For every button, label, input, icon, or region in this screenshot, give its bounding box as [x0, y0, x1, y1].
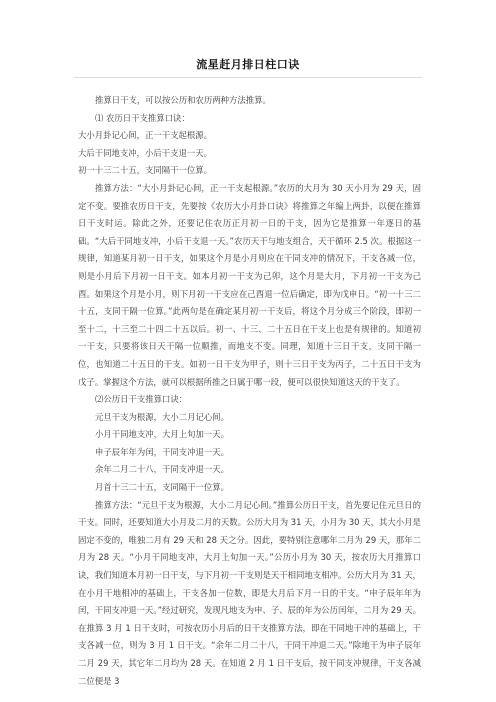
title-divider: [74, 77, 422, 78]
paragraph-lunar-explanation: 推算方法：“大小月卦记心间，正一干支起根源。”农历的大月为 30 天小月为 29…: [78, 180, 421, 391]
document-page: 流星赶月排日柱口诀 推算日干支，可以按公历和农历两种方法推算。 ⑴ 农历日干支推…: [0, 0, 496, 702]
verse-line: 大小月卦记心间，正一干支起根源。: [78, 127, 421, 145]
verse-line: 余年二月二十八，干同支冲退一天。: [78, 461, 421, 479]
document-body: 推算日干支，可以按公历和农历两种方法推算。 ⑴ 农历日干支推算口诀： 大小月卦记…: [78, 92, 421, 690]
paragraph-intro: 推算日干支，可以按公历和农历两种方法推算。: [78, 92, 421, 110]
verse-line: 申子辰年年为闰，干同支冲退一天。: [78, 444, 421, 462]
verse-line: 元旦干支为根源，大小二月记心间。: [78, 409, 421, 427]
verse-line: 初一十三二十五，支同隔干一位算。: [78, 162, 421, 180]
verse-line: 小月干同地支冲，大月上旬加一天。: [78, 426, 421, 444]
document-title: 流星赶月排日柱口诀: [74, 58, 422, 72]
heading-lunar-method: ⑴ 农历日干支推算口诀：: [78, 110, 421, 128]
verse-line: 大后干同地支冲，小后干支退一天。: [78, 145, 421, 163]
paragraph-solar-explanation: 推算方法：“元旦干支为根源，大小二月记心间。”推算公历日干支，首先要记住元旦日的…: [78, 497, 421, 691]
verse-line: 月首十三二十五，支同隔干一位算。: [78, 479, 421, 497]
heading-solar-method: ⑵公历日干支推算口诀：: [78, 391, 421, 409]
